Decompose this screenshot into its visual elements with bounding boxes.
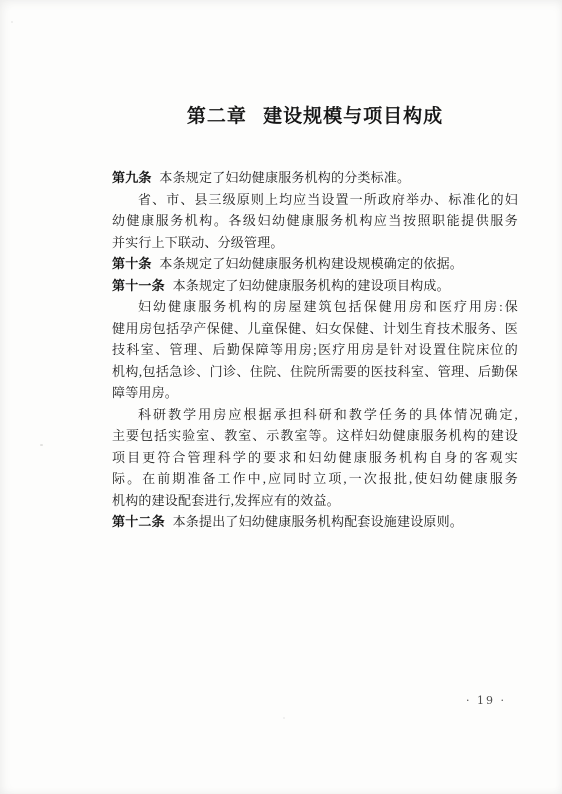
line-text: 项目更符合管理科学的要求和妇幼健康服务机构自身的客观实 — [112, 450, 518, 465]
line-text: 技科室、管理、后勤保障等用房;医疗用房是针对设置住院床位的 — [112, 342, 518, 357]
line-text: 障等用房。 — [112, 385, 178, 400]
page-number: · 19 · — [466, 694, 506, 707]
article-term: 第十二条 — [112, 514, 165, 529]
text-line: 机构的建设配套进行,发挥应有的效益。 — [112, 490, 518, 512]
line-text: 主要包括实验室、教室、示教室等。这样妇幼健康服务机构的建设 — [112, 428, 518, 443]
chapter-title: 第二章建设规模与项目构成 — [112, 101, 518, 128]
text-line: 第十一条本条规定了妇幼健康服务机构的建设项目构成。 — [112, 275, 518, 297]
scan-speck — [40, 444, 43, 446]
chapter-name: 建设规模与项目构成 — [263, 106, 443, 127]
line-text: 妇幼健康服务机构的房屋建筑包括保健用房和医疗用房:保 — [138, 299, 518, 314]
text-line: 第十条本条规定了妇幼健康服务机构建设规模确定的依据。 — [112, 253, 518, 275]
line-text: 机构的建设配套进行,发挥应有的效益。 — [112, 493, 340, 508]
article-term: 第十一条 — [112, 278, 165, 293]
text-line: 障等用房。 — [112, 382, 518, 404]
scan-speck — [283, 717, 285, 719]
line-text: 并实行上下联动、分级管理。 — [112, 235, 284, 250]
chapter-number: 第二章 — [187, 106, 247, 127]
article-term: 第九条 — [112, 170, 152, 185]
text-line: 科研教学用房应根据承担科研和教学任务的具体情况确定, — [112, 404, 518, 426]
text-line: 主要包括实验室、教室、示教室等。这样妇幼健康服务机构的建设 — [112, 425, 518, 447]
line-text: 本条规定了妇幼健康服务机构建设规模确定的依据。 — [159, 256, 463, 271]
text-line: 妇幼健康服务机构的房屋建筑包括保健用房和医疗用房:保 — [112, 296, 518, 318]
text-line: 项目更符合管理科学的要求和妇幼健康服务机构自身的客观实 — [112, 447, 518, 469]
text-line: 健用房包括孕产保健、儿童保健、妇女保健、计划生育技术服务、医 — [112, 318, 518, 340]
text-line: 第十二条本条提出了妇幼健康服务机构配套设施建设原则。 — [112, 511, 518, 533]
line-text: 本条规定了妇幼健康服务机构的分类标准。 — [159, 170, 410, 185]
text-line: 省、市、县三级原则上均应当设置一所政府举办、标准化的妇 — [112, 189, 518, 211]
line-text: 省、市、县三级原则上均应当设置一所政府举办、标准化的妇 — [138, 192, 518, 207]
line-text: 本条规定了妇幼健康服务机构的建设项目构成。 — [173, 278, 450, 293]
text-line: 机构,包括急诊、门诊、住院、住院所需要的医技科室、管理、后勤保 — [112, 361, 518, 383]
text-line: 幼健康服务机构。各级妇幼健康服务机构应当按照职能提供服务 — [112, 210, 518, 232]
text-line: 并实行上下联动、分级管理。 — [112, 232, 518, 254]
document-page: 第二章建设规模与项目构成 第九条本条规定了妇幼健康服务机构的分类标准。省、市、县… — [0, 0, 562, 794]
line-text: 机构,包括急诊、门诊、住院、住院所需要的医技科室、管理、后勤保 — [112, 364, 518, 379]
text-line: 技科室、管理、后勤保障等用房;医疗用房是针对设置住院床位的 — [112, 339, 518, 361]
line-text: 科研教学用房应根据承担科研和教学任务的具体情况确定, — [138, 407, 518, 422]
line-text: 幼健康服务机构。各级妇幼健康服务机构应当按照职能提供服务 — [112, 213, 518, 228]
line-text: 健用房包括孕产保健、儿童保健、妇女保健、计划生育技术服务、医 — [112, 321, 518, 336]
article-term: 第十条 — [112, 256, 152, 271]
text-line: 际。在前期准备工作中,应同时立项,一次报批,使妇幼健康服务 — [112, 468, 518, 490]
body-text: 第九条本条规定了妇幼健康服务机构的分类标准。省、市、县三级原则上均应当设置一所政… — [112, 167, 518, 533]
line-text: 际。在前期准备工作中,应同时立项,一次报批,使妇幼健康服务 — [112, 471, 518, 486]
line-text: 本条提出了妇幼健康服务机构配套设施建设原则。 — [173, 514, 463, 529]
scan-speck — [11, 21, 13, 23]
text-line: 第九条本条规定了妇幼健康服务机构的分类标准。 — [112, 167, 518, 189]
